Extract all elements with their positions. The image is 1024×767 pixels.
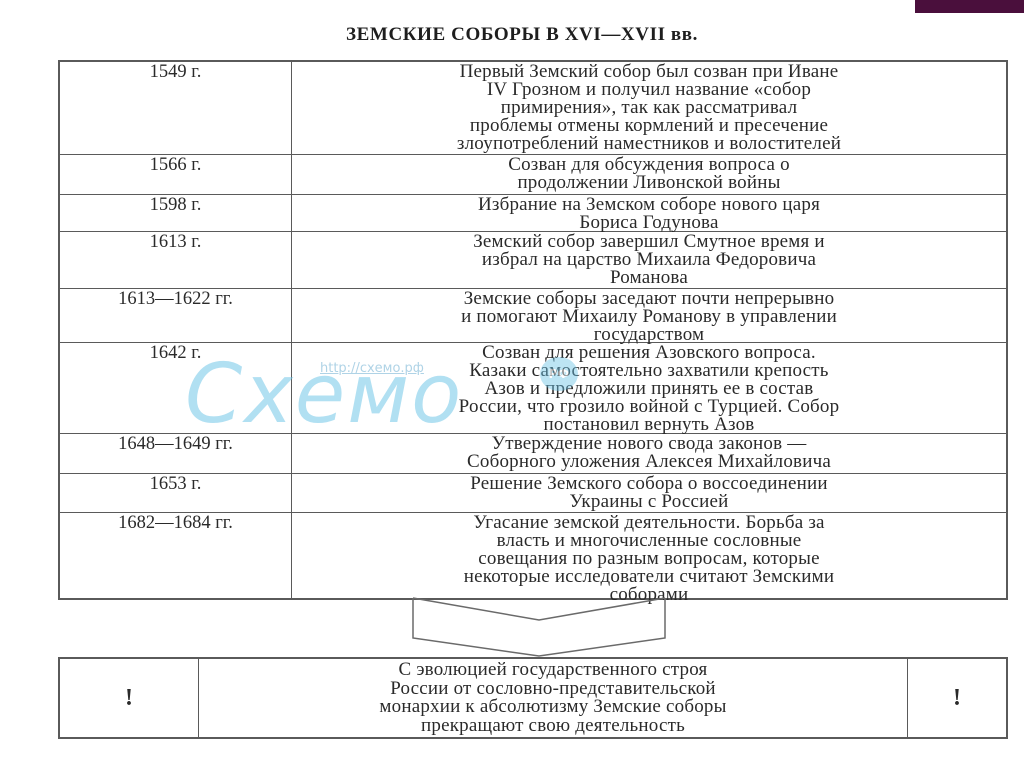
exclamation-mark-right: !	[907, 659, 1006, 737]
row-description: Утверждение нового свода законов —Соборн…	[292, 434, 1006, 473]
table-row: 1613—1622 гг.Земские соборы заседают поч…	[60, 288, 1006, 342]
row-date: 1613 г.	[60, 232, 292, 288]
corner-accent-block	[915, 0, 1024, 13]
row-date: 1648—1649 гг.	[60, 434, 292, 473]
row-date: 1653 г.	[60, 474, 292, 512]
row-date: 1549 г.	[60, 62, 292, 154]
conclusion-line: прекращают свою деятельность	[199, 717, 907, 736]
description-line: Бориса Годунова	[296, 214, 1002, 232]
table-row: 1642 г.Созван для решения Азовского вопр…	[60, 342, 1006, 433]
row-date: 1642 г.	[60, 343, 292, 433]
row-description: Первый Земский собор был созван при Иван…	[292, 62, 1006, 154]
row-description: Созван для обсуждения вопроса опродолжен…	[292, 155, 1006, 194]
row-description: Избрание на Земском соборе нового царяБо…	[292, 195, 1006, 231]
down-arrow-icon	[410, 596, 668, 658]
row-date: 1613—1622 гг.	[60, 289, 292, 342]
conclusion-text: С эволюцией государственного строяРоссии…	[199, 659, 907, 737]
row-description: Земский собор завершил Смутное время ииз…	[292, 232, 1006, 288]
row-description: Созван для решения Азовского вопроса.Каз…	[292, 343, 1006, 433]
sobors-table: 1549 г.Первый Земский собор был созван п…	[58, 60, 1008, 600]
table-row: 1566 г.Созван для обсуждения вопроса опр…	[60, 154, 1006, 194]
table-row: 1682—1684 гг.Угасание земской деятельнос…	[60, 512, 1006, 598]
conclusion-box: ! С эволюцией государственного строяРосс…	[58, 657, 1008, 739]
table-row: 1653 г.Решение Земского собора о воссоед…	[60, 473, 1006, 512]
row-description: Угасание земской деятельности. Борьба за…	[292, 513, 1006, 598]
description-line: постановил вернуть Азов	[296, 416, 1002, 434]
description-line: Соборного уложения Алексея Михайловича	[296, 453, 1002, 471]
description-line: продолжении Ливонской войны	[296, 174, 1002, 192]
description-line: Украины с Россией	[296, 493, 1002, 511]
row-date: 1598 г.	[60, 195, 292, 231]
conclusion-line: С эволюцией государственного строя	[199, 661, 907, 680]
description-line: злоупотреблений наместников и волостител…	[296, 135, 1002, 153]
table-row: 1613 г.Земский собор завершил Смутное вр…	[60, 231, 1006, 288]
conclusion-line: монархии к абсолютизму Земские соборы	[199, 698, 907, 717]
exclamation-mark-left: !	[60, 659, 199, 737]
table-row: 1648—1649 гг.Утверждение нового свода за…	[60, 433, 1006, 473]
row-description: Земские соборы заседают почти непрерывно…	[292, 289, 1006, 342]
row-date: 1566 г.	[60, 155, 292, 194]
row-date: 1682—1684 гг.	[60, 513, 292, 598]
page-title: ЗЕМСКИЕ СОБОРЫ В XVI—XVII вв.	[10, 24, 1024, 46]
table-row: 1549 г.Первый Земский собор был созван п…	[60, 62, 1006, 154]
table-row: 1598 г.Избрание на Земском соборе нового…	[60, 194, 1006, 231]
description-line: Романова	[296, 269, 1002, 287]
row-description: Решение Земского собора о воссоединенииУ…	[292, 474, 1006, 512]
